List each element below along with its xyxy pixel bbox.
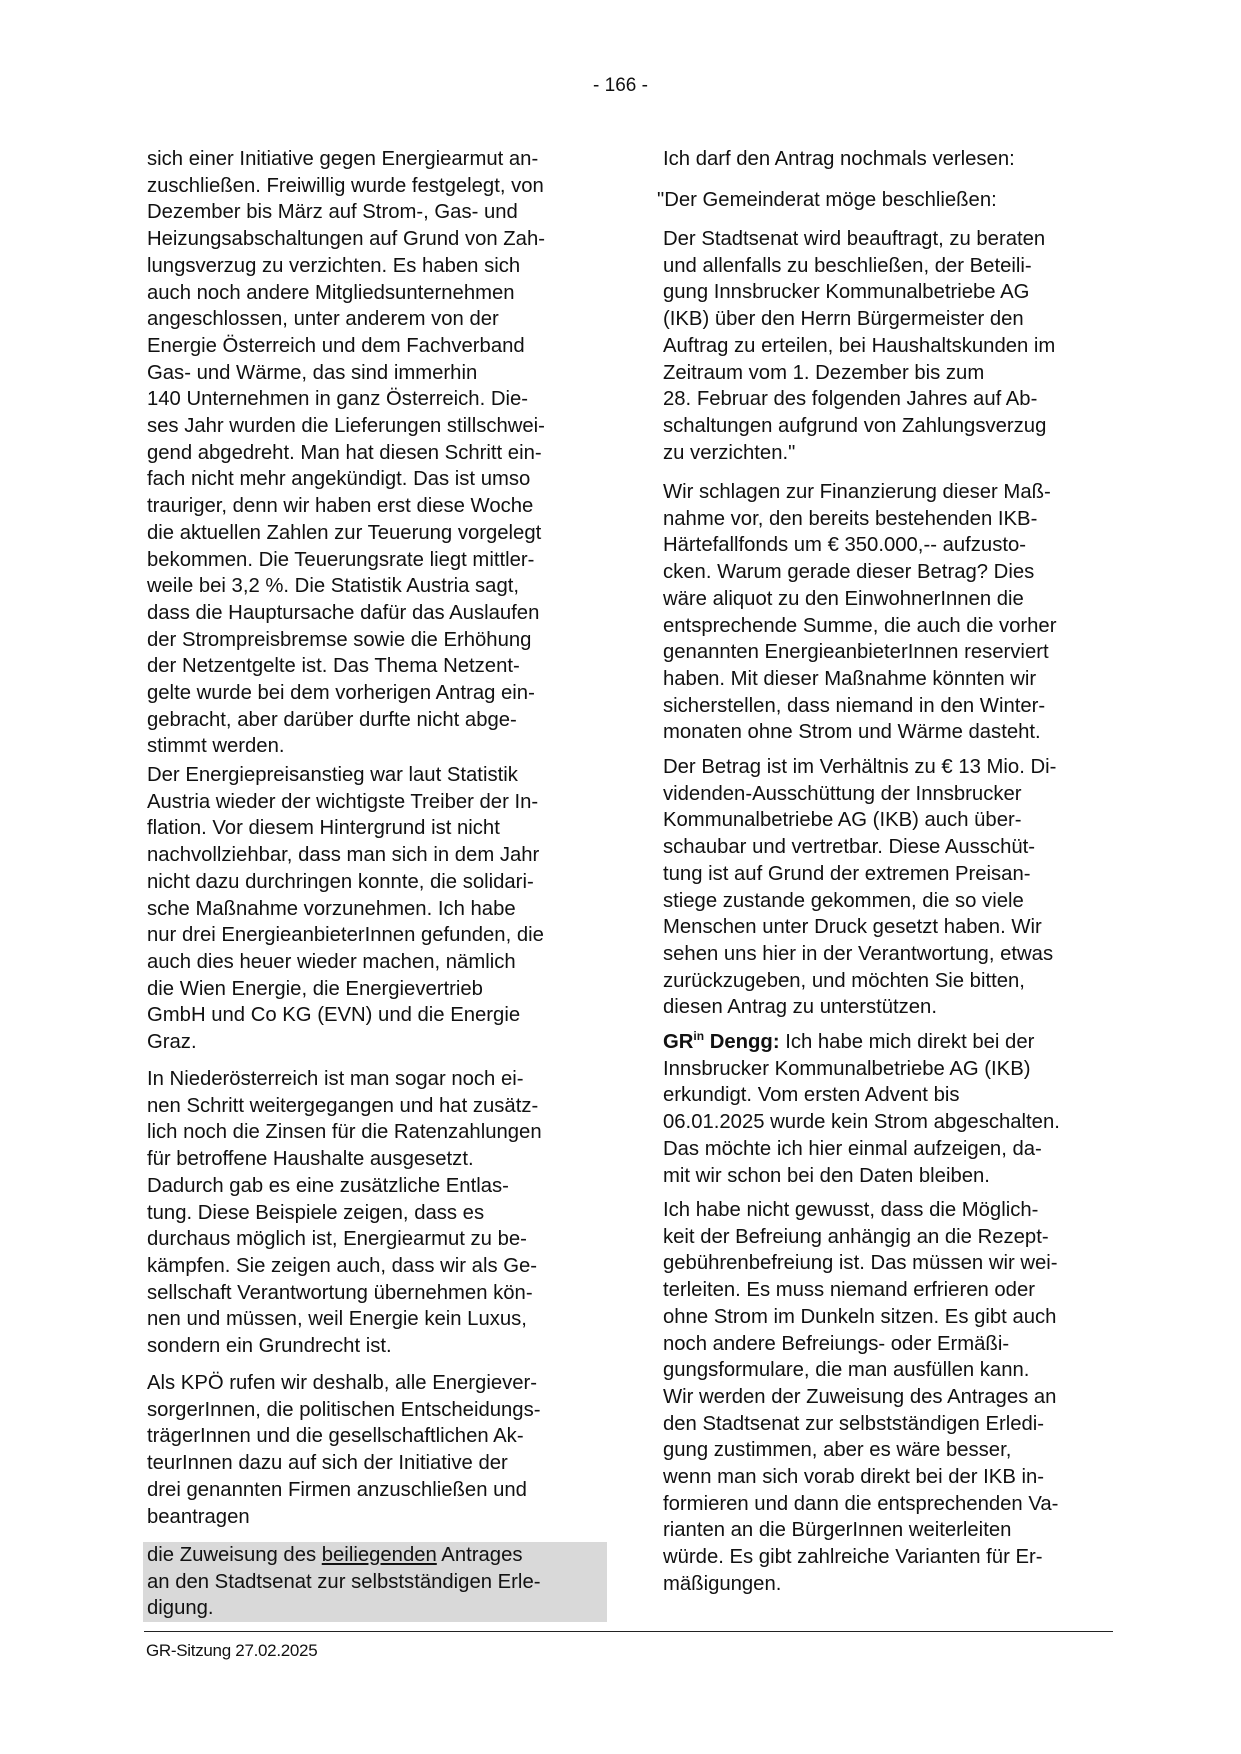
text-line: sche Maßnahme vorzunehmen. Ich habe: [147, 896, 603, 923]
text-line: dass die Hauptursache dafür das Auslaufe…: [147, 600, 603, 627]
text-line: lungsverzug zu verzichten. Es haben sich: [147, 253, 603, 280]
text-line: tung ist auf Grund der extremen Preisan-: [663, 861, 1133, 888]
text-line: GmbH und Co KG (EVN) und die Energie: [147, 1002, 603, 1029]
text-line: terleiten. Es muss niemand erfrieren ode…: [663, 1277, 1133, 1304]
text-line: Der Stadtsenat wird beauftragt, zu berat…: [663, 226, 1133, 253]
text-line: Wir werden der Zuweisung des Antrages an: [663, 1384, 1133, 1411]
page-number: - 166 -: [0, 74, 1241, 98]
text-line: zurückzugeben, und möchten Sie bitten,: [663, 968, 1133, 995]
text-line: nur drei EnergieanbieterInnen gefunden, …: [147, 922, 603, 949]
text-line: zu verzichten.": [663, 440, 1133, 467]
text-line: Wir schlagen zur Finanzierung dieser Maß…: [663, 479, 1133, 506]
paragraph: Wir schlagen zur Finanzierung dieser Maß…: [663, 479, 1133, 746]
text-line: monaten ohne Strom und Wärme dasteht.: [663, 719, 1133, 746]
text: die Zuweisung des: [147, 1544, 322, 1566]
text-line: Graz.: [147, 1029, 603, 1056]
text: Antrages: [437, 1544, 523, 1566]
paragraph: Ich habe nicht gewusst, dass die Möglich…: [663, 1197, 1133, 1598]
text-line: Härtefallfonds um € 350.000,-- aufzusto-: [663, 532, 1133, 559]
text-line: "Der Gemeinderat möge beschließen:: [657, 187, 1133, 214]
text-line: Austria wieder der wichtigste Treiber de…: [147, 789, 603, 816]
text-line: digung.: [147, 1595, 607, 1622]
text-line: gend abgedreht. Man hat diesen Schritt e…: [147, 440, 603, 467]
highlighted-motion-text: die Zuweisung des beiliegenden Antrages …: [143, 1542, 607, 1622]
text-line: kämpfen. Sie zeigen auch, dass wir als G…: [147, 1253, 603, 1280]
text-line: entsprechende Summe, die auch die vorher: [663, 613, 1133, 640]
text-line: gung Innsbrucker Kommunalbetriebe AG: [663, 279, 1133, 306]
text-line: auch dies heuer wieder machen, nämlich: [147, 949, 603, 976]
text-line: für betroffene Haushalte ausgesetzt.: [147, 1146, 603, 1173]
text-line: rianten an die BürgerInnen weiterleiten: [663, 1517, 1133, 1544]
text-line: Menschen unter Druck gesetzt haben. Wir: [663, 914, 1133, 941]
text-line: Gas- und Wärme, das sind immerhin: [147, 360, 603, 387]
text-line: Energie Österreich und dem Fachverband: [147, 333, 603, 360]
text-line: gebührenbefreiung ist. Das müssen wir we…: [663, 1250, 1133, 1277]
text-line: an den Stadtsenat zur selbstständigen Er…: [147, 1569, 607, 1596]
text-line: In Niederösterreich ist man sogar noch e…: [147, 1066, 603, 1093]
text-line: den Stadtsenat zur selbstständigen Erled…: [663, 1411, 1133, 1438]
text-line: beantragen: [147, 1504, 603, 1531]
text-line: stiege zustande gekommen, die so viele: [663, 888, 1133, 915]
underlined-word: beiliegenden: [322, 1544, 437, 1566]
text-line: Innsbrucker Kommunalbetriebe AG (IKB): [663, 1056, 1133, 1083]
text-line: der Strompreisbremse sowie die Erhöhung: [147, 627, 603, 654]
text-line: diesen Antrag zu unterstützen.: [663, 994, 1133, 1021]
footer-divider: [144, 1631, 1113, 1632]
text-line: Heizungsabschaltungen auf Grund von Zah-: [147, 226, 603, 253]
quoted-heading: "Der Gemeinderat möge beschließen:: [657, 187, 1133, 214]
text-line: sehen uns hier in der Verantwortung, etw…: [663, 941, 1133, 968]
text-line: teurInnen dazu auf sich der Initiative d…: [147, 1450, 603, 1477]
text-line: bekommen. Die Teuerungsrate liegt mittle…: [147, 547, 603, 574]
paragraph: sich einer Initiative gegen Energiearmut…: [147, 146, 603, 760]
text-line: durchaus möglich ist, Energiearmut zu be…: [147, 1226, 603, 1253]
text-line: angeschlossen, unter anderem von der: [147, 306, 603, 333]
footer-session-label: GR-Sitzung 27.02.2025: [146, 1640, 317, 1662]
text-line: Dadurch gab es eine zusätzliche Entlas-: [147, 1173, 603, 1200]
text-line: noch andere Befreiungs- oder Ermäßi-: [663, 1331, 1133, 1358]
text-line: haben. Mit dieser Maßnahme könnten wir: [663, 666, 1133, 693]
paragraph: Ich darf den Antrag nochmals verlesen:: [663, 146, 1133, 173]
text-line: ohne Strom im Dunkeln sitzen. Es gibt au…: [663, 1304, 1133, 1331]
text-line: Ich darf den Antrag nochmals verlesen:: [663, 146, 1133, 173]
text-line: Kommunalbetriebe AG (IKB) auch über-: [663, 807, 1133, 834]
text-line: gung zustimmen, aber es wäre besser,: [663, 1437, 1133, 1464]
text-line: die aktuellen Zahlen zur Teuerung vorgel…: [147, 520, 603, 547]
text-line: flation. Vor diesem Hintergrund ist nich…: [147, 815, 603, 842]
text-line: zuschließen. Freiwillig wurde festgelegt…: [147, 173, 603, 200]
text-line: sicherstellen, dass niemand in den Winte…: [663, 693, 1133, 720]
text-line: nachvollziehbar, dass man sich in dem Ja…: [147, 842, 603, 869]
text-line: Der Betrag ist im Verhältnis zu € 13 Mio…: [663, 754, 1133, 781]
text-line: gungsformulare, die man ausfüllen kann.: [663, 1357, 1133, 1384]
text-line: wäre aliquot zu den EinwohnerInnen die: [663, 586, 1133, 613]
text-line: 06.01.2025 wurde kein Strom abgeschalten…: [663, 1109, 1133, 1136]
text-line: sorgerInnen, die politischen Entscheidun…: [147, 1397, 603, 1424]
text-line: trägerInnen und die gesellschaftlichen A…: [147, 1423, 603, 1450]
paragraph: In Niederösterreich ist man sogar noch e…: [147, 1066, 603, 1360]
text-line: die Wien Energie, die Energievertrieb: [147, 976, 603, 1003]
text-line: nen und müssen, weil Energie kein Luxus,: [147, 1306, 603, 1333]
text-line: 140 Unternehmen in ganz Österreich. Die-: [147, 386, 603, 413]
paragraph: Der Betrag ist im Verhältnis zu € 13 Mio…: [663, 754, 1133, 1021]
text-line: keit der Befreiung anhängig an die Rezep…: [663, 1224, 1133, 1251]
text-line: gebracht, aber darüber durfte nicht abge…: [147, 707, 603, 734]
text-line: ses Jahr wurden die Lieferungen stillsch…: [147, 413, 603, 440]
text-line: Auftrag zu erteilen, bei Haushaltskunden…: [663, 333, 1133, 360]
text-line: Als KPÖ rufen wir deshalb, alle Energiev…: [147, 1370, 603, 1397]
text-line: weile bei 3,2 %. Die Statistik Austria s…: [147, 573, 603, 600]
text-line: formieren und dann die entsprechenden Va…: [663, 1491, 1133, 1518]
text-line: mit wir schon bei den Daten bleiben.: [663, 1163, 1133, 1190]
text-line: Dezember bis März auf Strom-, Gas- und: [147, 199, 603, 226]
text-line: Zeitraum vom 1. Dezember bis zum: [663, 360, 1133, 387]
text-line: genannten EnergieanbieterInnen reservier…: [663, 639, 1133, 666]
text-line: auch noch andere Mitgliedsunternehmen: [147, 280, 603, 307]
text-line: der Netzentgelte ist. Das Thema Netzent-: [147, 653, 603, 680]
text-line: schaltungen aufgrund von Zahlungsverzug: [663, 413, 1133, 440]
text-line: sondern ein Grundrecht ist.: [147, 1333, 603, 1360]
text-line: fach nicht mehr angekündigt. Das ist ums…: [147, 466, 603, 493]
text-line: sich einer Initiative gegen Energiearmut…: [147, 146, 603, 173]
text-line: gelte wurde bei dem vorherigen Antrag ei…: [147, 680, 603, 707]
text-line: lich noch die Zinsen für die Ratenzahlun…: [147, 1119, 603, 1146]
text-line: drei genannten Firmen anzuschließen und: [147, 1477, 603, 1504]
text-line: stimmt werden.: [147, 733, 603, 760]
text-line: tung. Diese Beispiele zeigen, dass es: [147, 1200, 603, 1227]
text-line: sellschaft Verantwortung übernehmen kön-: [147, 1280, 603, 1307]
text-line: 28. Februar des folgenden Jahres auf Ab-: [663, 386, 1133, 413]
speaker-label: GRin Dengg:: [663, 1031, 780, 1053]
text-line: mäßigungen.: [663, 1571, 1133, 1598]
text-line: und allenfalls zu beschließen, der Betei…: [663, 253, 1133, 280]
text-line: wenn man sich vorab direkt bei der IKB i…: [663, 1464, 1133, 1491]
text-line: nen Schritt weitergegangen und hat zusät…: [147, 1093, 603, 1120]
paragraph: Als KPÖ rufen wir deshalb, alle Energiev…: [147, 1370, 603, 1530]
text-line: trauriger, denn wir haben erst diese Woc…: [147, 493, 603, 520]
paragraph: Der Energiepreisanstieg war laut Statist…: [147, 762, 603, 1056]
text-line: nahme vor, den bereits bestehenden IKB-: [663, 506, 1133, 533]
text-line: Ich habe nicht gewusst, dass die Möglich…: [663, 1197, 1133, 1224]
text-line: (IKB) über den Herrn Bürgermeister den: [663, 306, 1133, 333]
text-line: schaubar und vertretbar. Diese Ausschüt-: [663, 834, 1133, 861]
text-line: cken. Warum gerade dieser Betrag? Dies: [663, 559, 1133, 586]
text-line: Der Energiepreisanstieg war laut Statist…: [147, 762, 603, 789]
text-line: erkundigt. Vom ersten Advent bis: [663, 1082, 1133, 1109]
text-line: nicht dazu durchringen konnte, die solid…: [147, 869, 603, 896]
motion-quote: Der Stadtsenat wird beauftragt, zu berat…: [663, 226, 1133, 466]
speaker-paragraph: GRin Dengg: Ich habe mich direkt bei der…: [663, 1029, 1133, 1189]
text-line: würde. Es gibt zahlreiche Varianten für …: [663, 1544, 1133, 1571]
text-line: videnden-Ausschüttung der Innsbrucker: [663, 781, 1133, 808]
text-line: Das möchte ich hier einmal aufzeigen, da…: [663, 1136, 1133, 1163]
